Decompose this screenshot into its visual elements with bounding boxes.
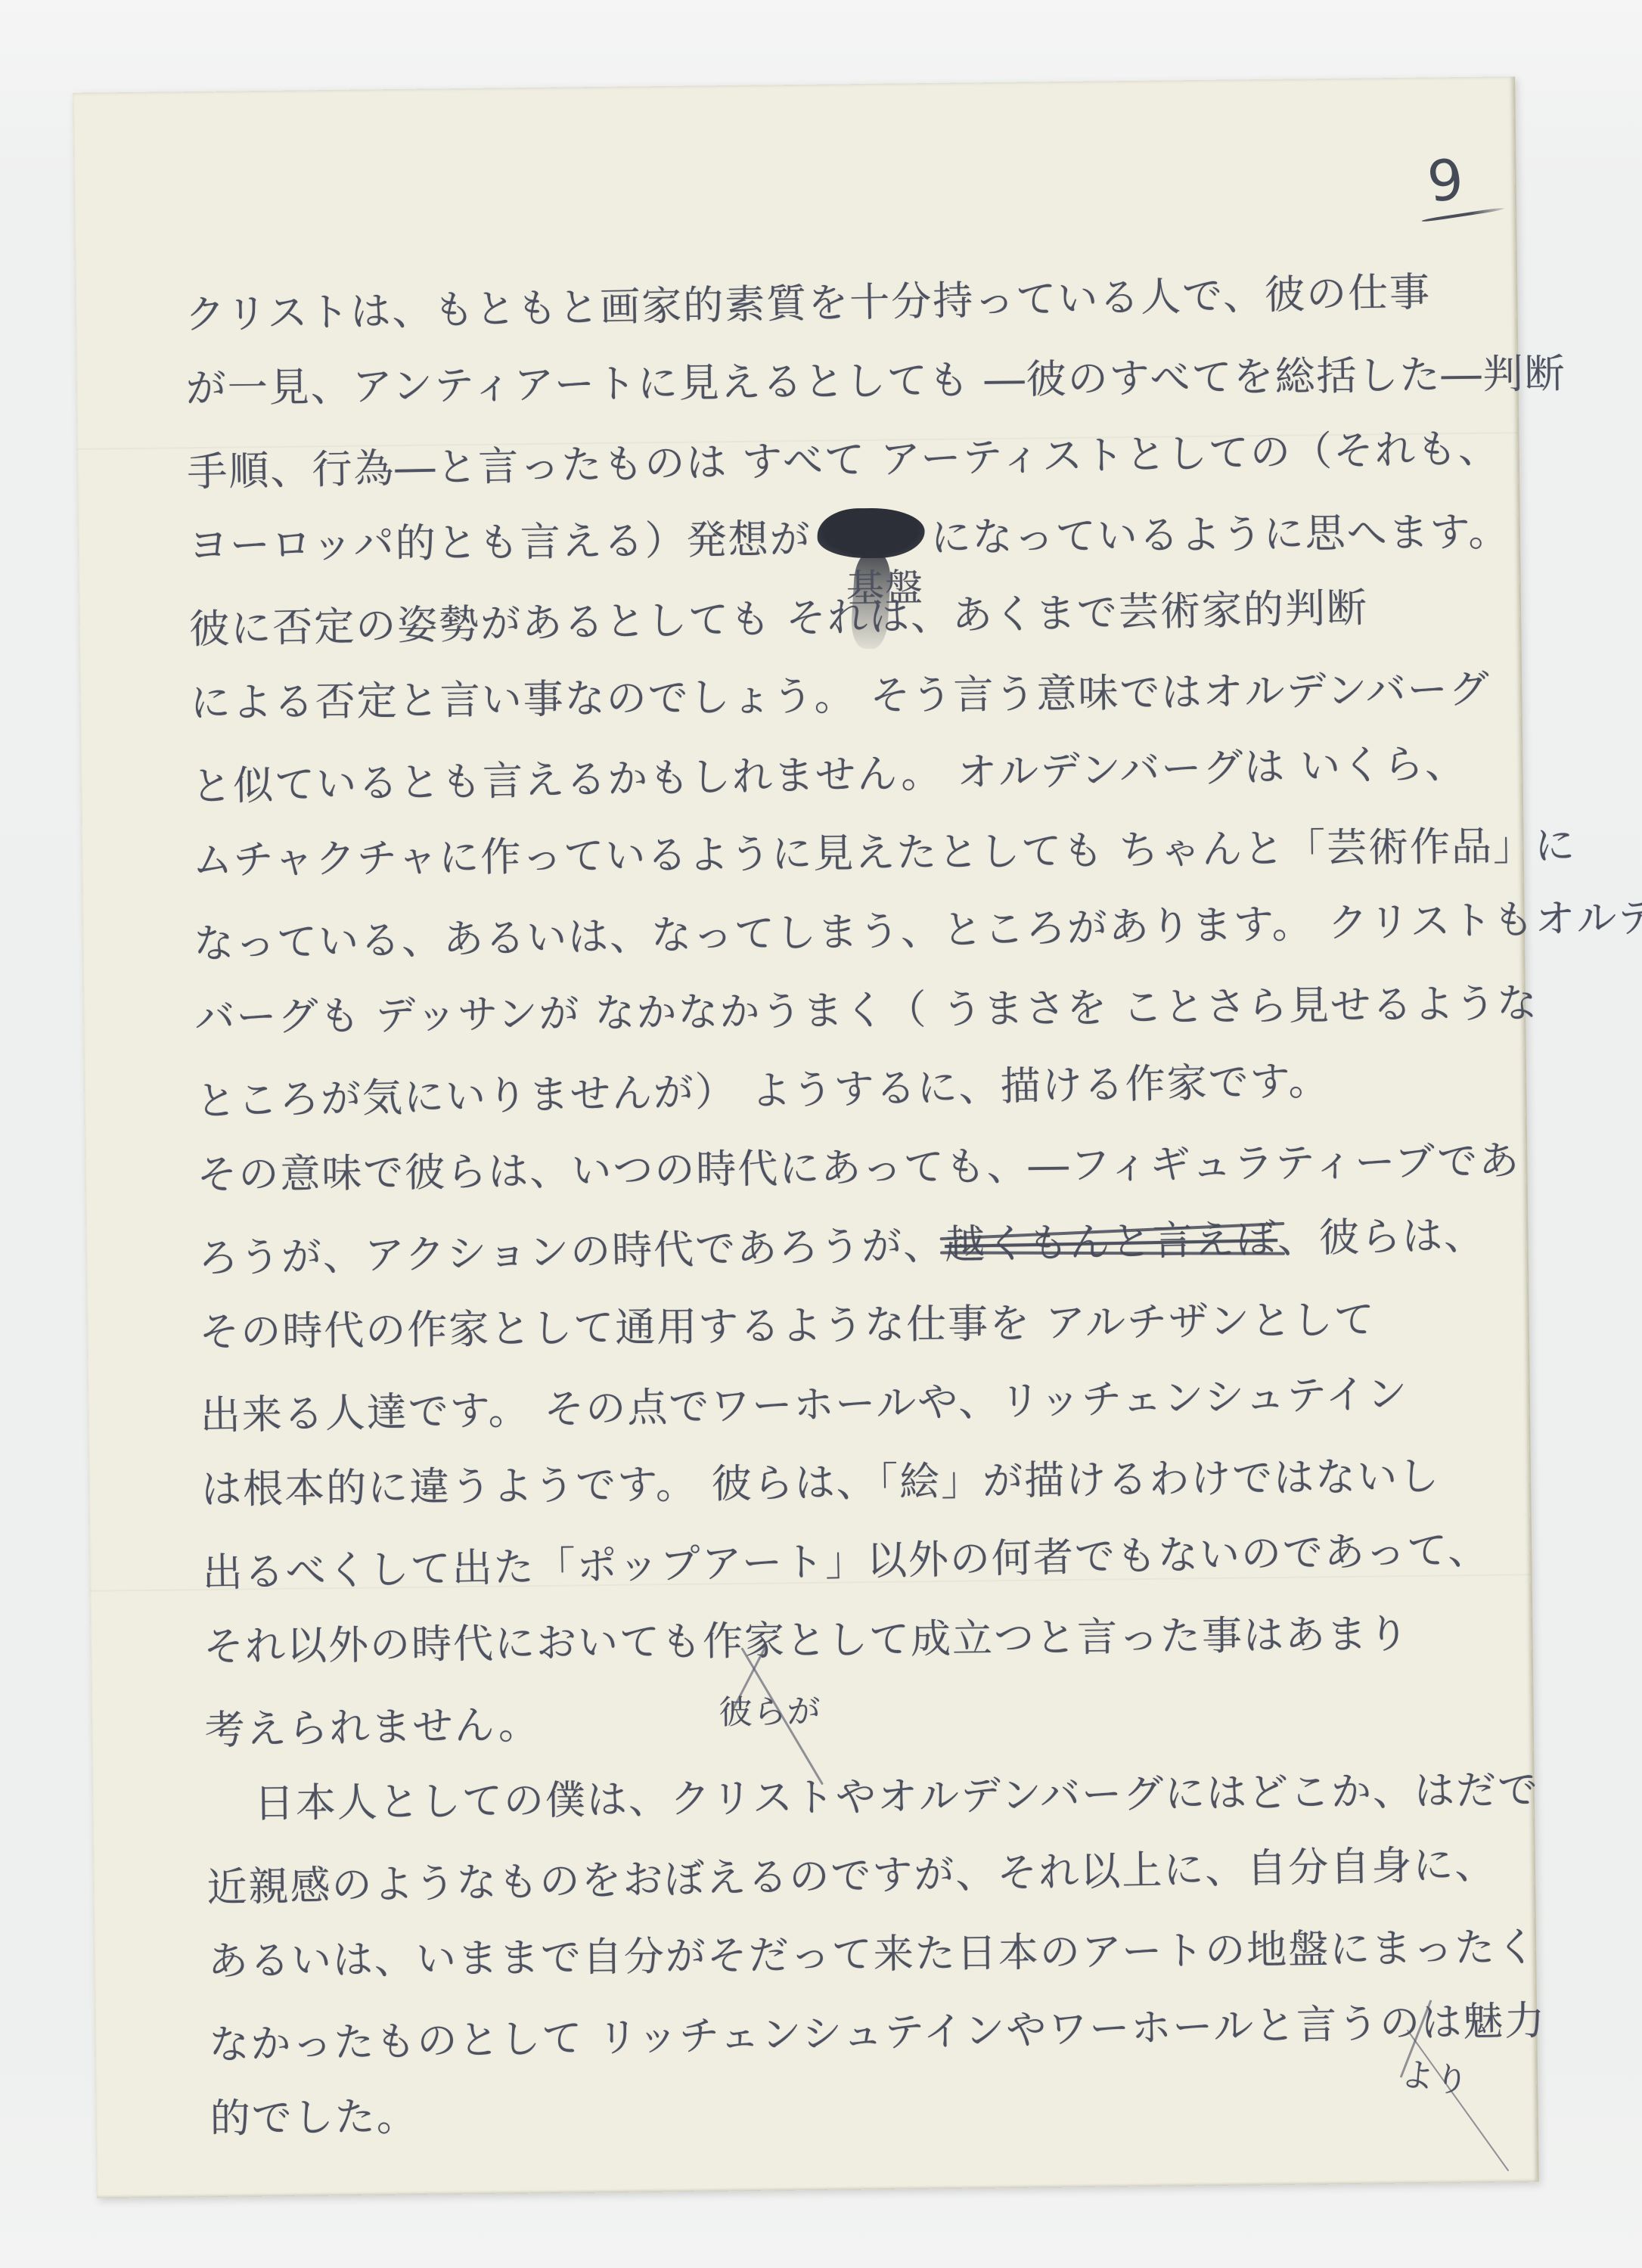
- insertion-annotation: 彼らが: [719, 1694, 821, 1732]
- manuscript-text: クリストは、もともと画家的素質を十分持っている人で、彼の仕事 が一見、アンティア…: [185, 255, 1531, 2161]
- line-segment: ろうが、アクションの時代であろうが、: [197, 1222, 945, 1282]
- scanned-document: 9 クリストは、もともと画家的素質を十分持っている人で、彼の仕事 が一見、アンテ…: [0, 0, 1642, 2268]
- paper-sheet: 9 クリストは、もともと画家的素質を十分持っている人で、彼の仕事 が一見、アンテ…: [73, 76, 1538, 2198]
- manuscript-line: 的でした。: [210, 2066, 1530, 2159]
- line-segment: になっているように思へます。: [930, 509, 1510, 561]
- insertion-annotation: より: [1398, 2056, 1470, 2102]
- line-segment: 、彼らは、: [1277, 1212, 1485, 1262]
- page-number: 9: [1425, 151, 1467, 211]
- ink-scribble-blot: [817, 507, 925, 559]
- struck-out-text: 越くもんと言えば: [944, 1200, 1278, 1285]
- correction-annotation: 基盤: [846, 567, 923, 610]
- line-segment: ヨーロッパ的とも言える）発想が: [188, 517, 812, 569]
